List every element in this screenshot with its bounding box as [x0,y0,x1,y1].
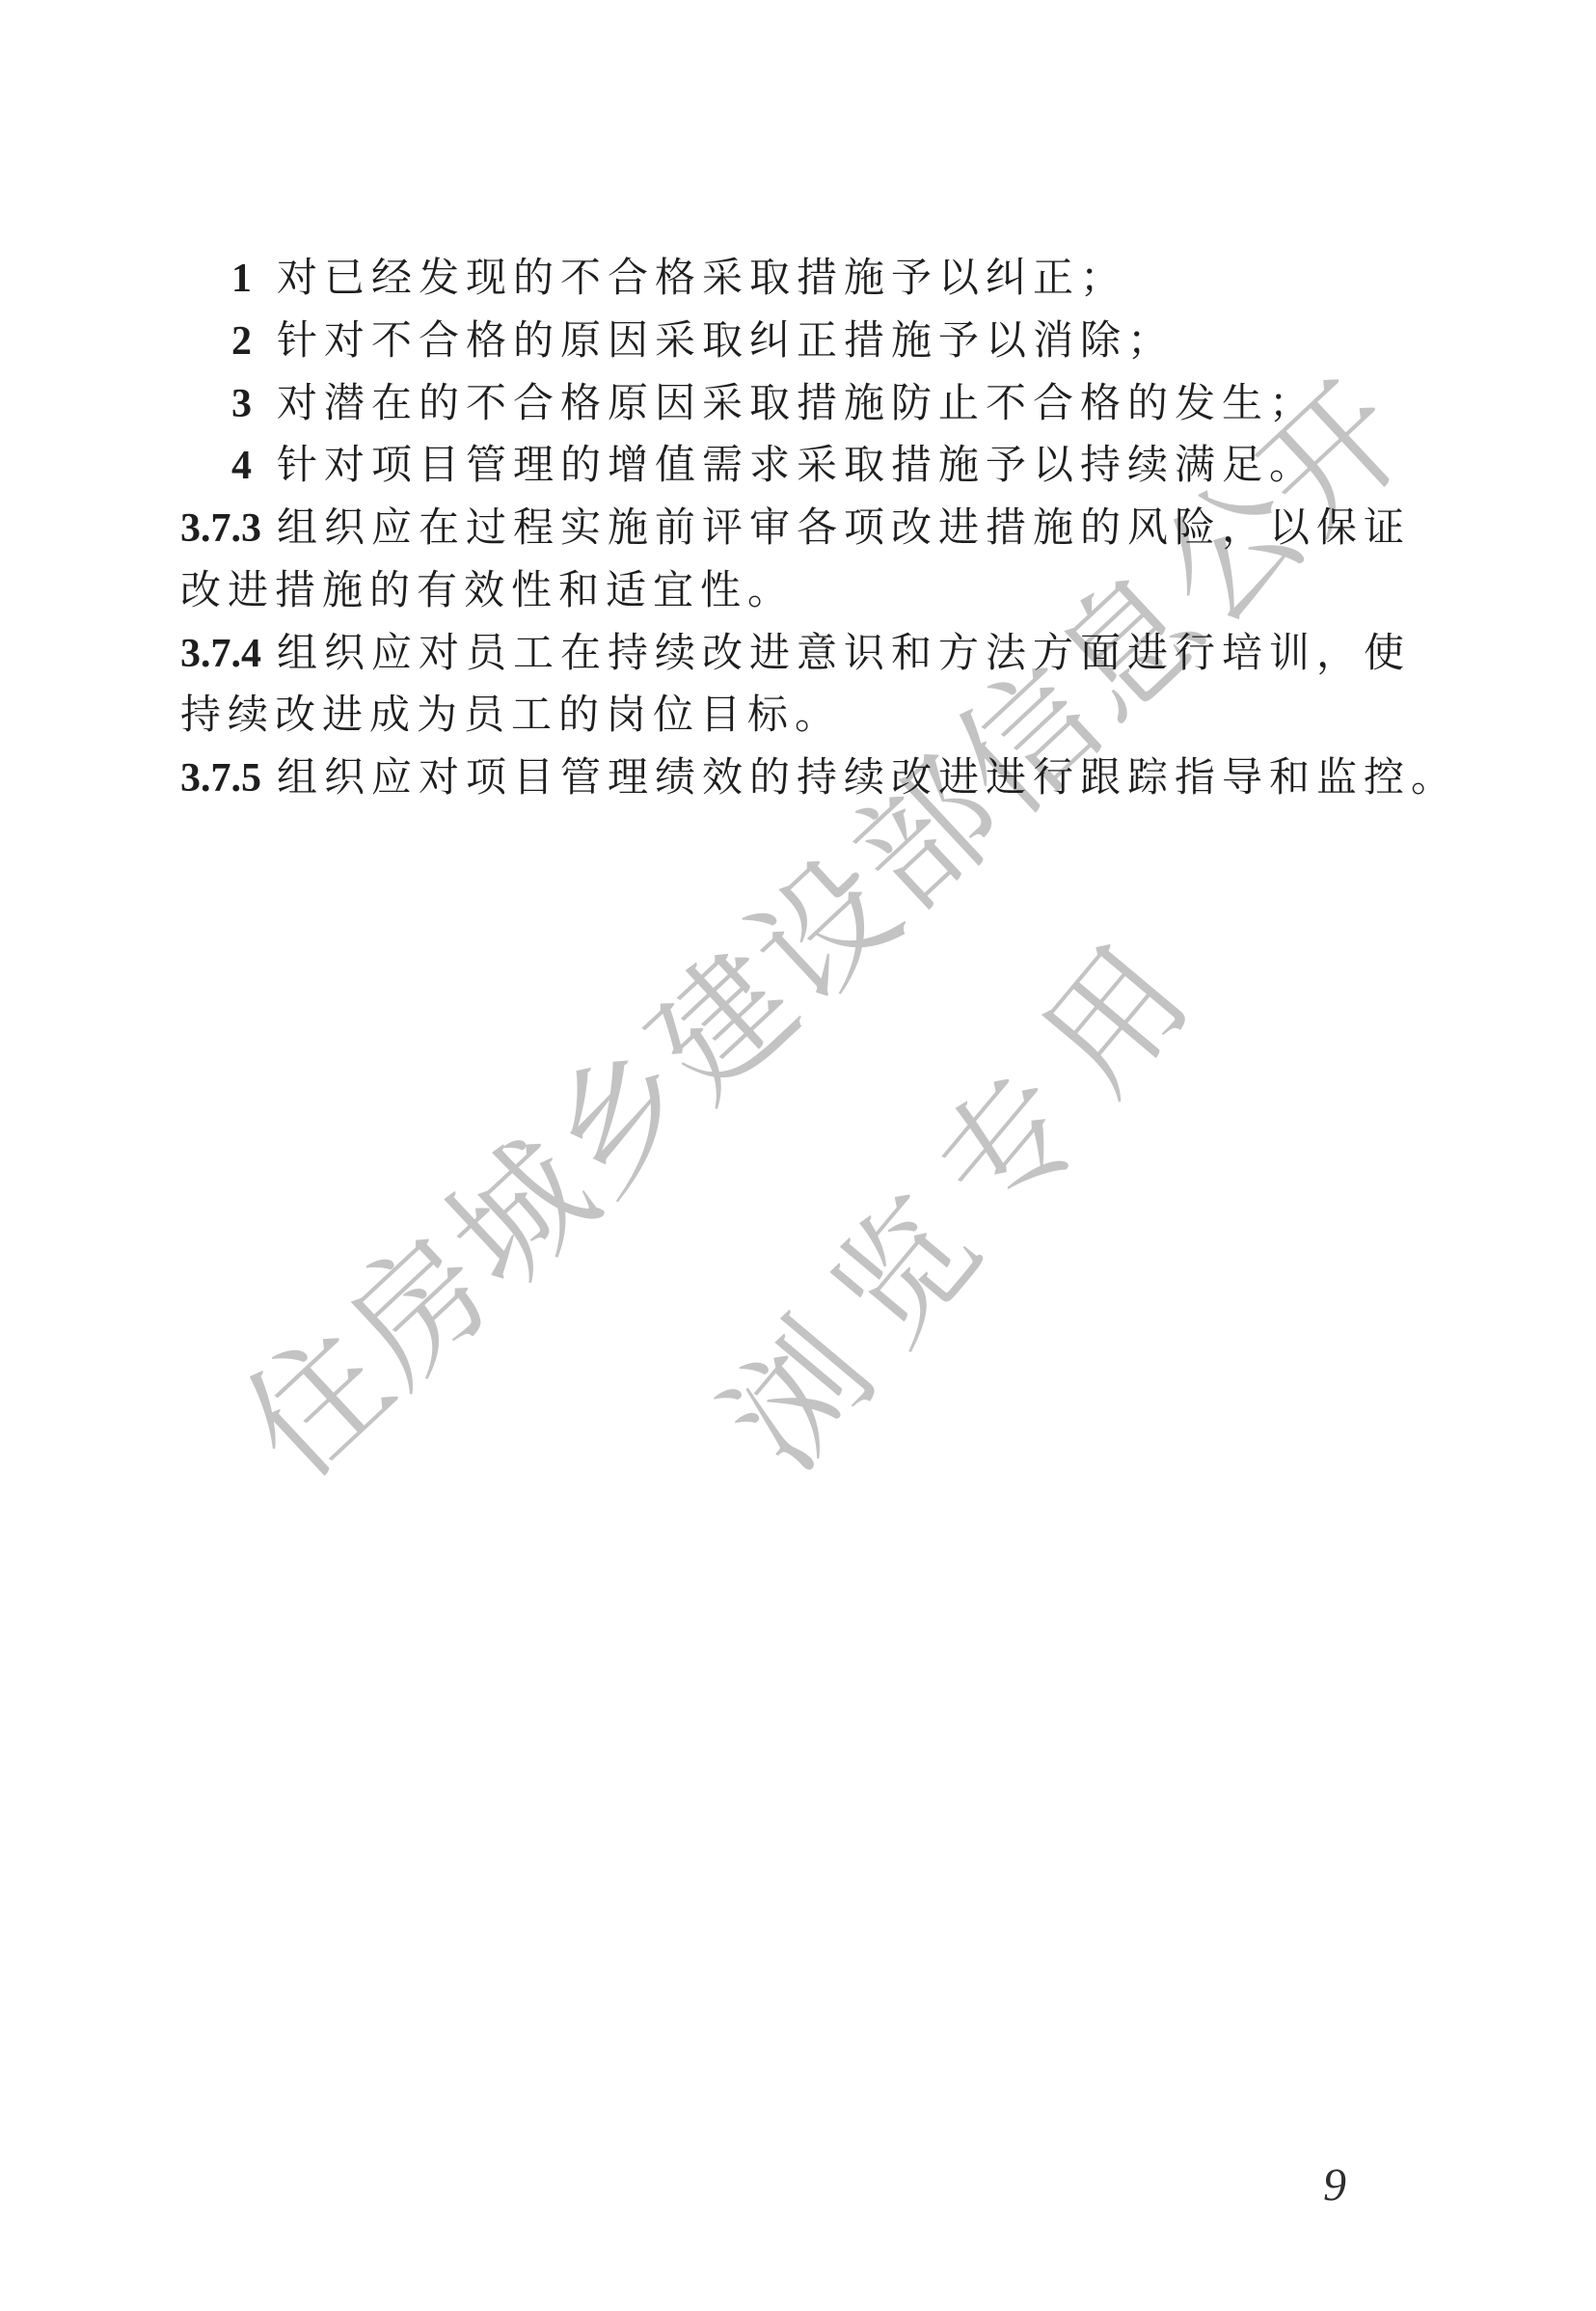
section-line: 3.7.3组织应在过程实施前评审各项改进措施的风险，以保证 [180,498,1415,560]
page-number: 9 [1323,2159,1346,2212]
continuation-line: 改进措施的有效性和适宜性。 [180,560,1415,623]
section-number: 3.7.4 [180,623,277,686]
line-text: 组织应在过程实施前评审各项改进措施的风险，以保证 [277,506,1411,551]
line-text: 对潜在的不合格原因采取措施防止不合格的发生； [277,382,1316,426]
line-text: 组织应对项目管理绩效的持续改进进行跟踪指导和监控。 [277,756,1458,801]
section-number: 3.7.5 [180,748,277,810]
line-marker: 2 [231,311,277,373]
section-number: 3.7.3 [180,498,277,560]
list-item-line: 4针对项目管理的增值需求采取措施予以持续满足。 [180,435,1415,498]
line-marker: 1 [231,248,277,311]
body-text: 1对已经发现的不合格采取措施予以纠正； 2针对不合格的原因采取纠正措施予以消除；… [180,248,1415,810]
section-line: 3.7.4组织应对员工在持续改进意识和方法方面进行培训，使 [180,623,1415,686]
list-item-line: 3对潜在的不合格原因采取措施防止不合格的发生； [180,373,1415,436]
line-marker: 3 [231,373,277,436]
list-item-line: 1对已经发现的不合格采取措施予以纠正； [180,248,1415,311]
line-text: 对已经发现的不合格采取措施予以纠正； [277,257,1127,301]
document-page: 住房城乡建设部信息公开 浏览专用 1对已经发现的不合格采取措施予以纠正； 2针对… [0,0,1596,2311]
line-text: 针对项目管理的增值需求采取措施予以持续满足。 [277,444,1316,488]
watermark-secondary: 浏览专用 [676,877,1244,1502]
line-text: 针对不合格的原因采取纠正措施予以消除； [277,319,1175,364]
section-line: 3.7.5组织应对项目管理绩效的持续改进进行跟踪指导和监控。 [180,748,1415,810]
line-text: 组织应对员工在持续改进意识和方法方面进行培训，使 [277,632,1411,676]
list-item-line: 2针对不合格的原因采取纠正措施予以消除； [180,311,1415,373]
line-text: 改进措施的有效性和适宜性。 [180,569,795,613]
continuation-line: 持续改进成为员工的岗位目标。 [180,685,1415,748]
line-marker: 4 [231,435,277,498]
line-text: 持续改进成为员工的岗位目标。 [180,693,842,738]
